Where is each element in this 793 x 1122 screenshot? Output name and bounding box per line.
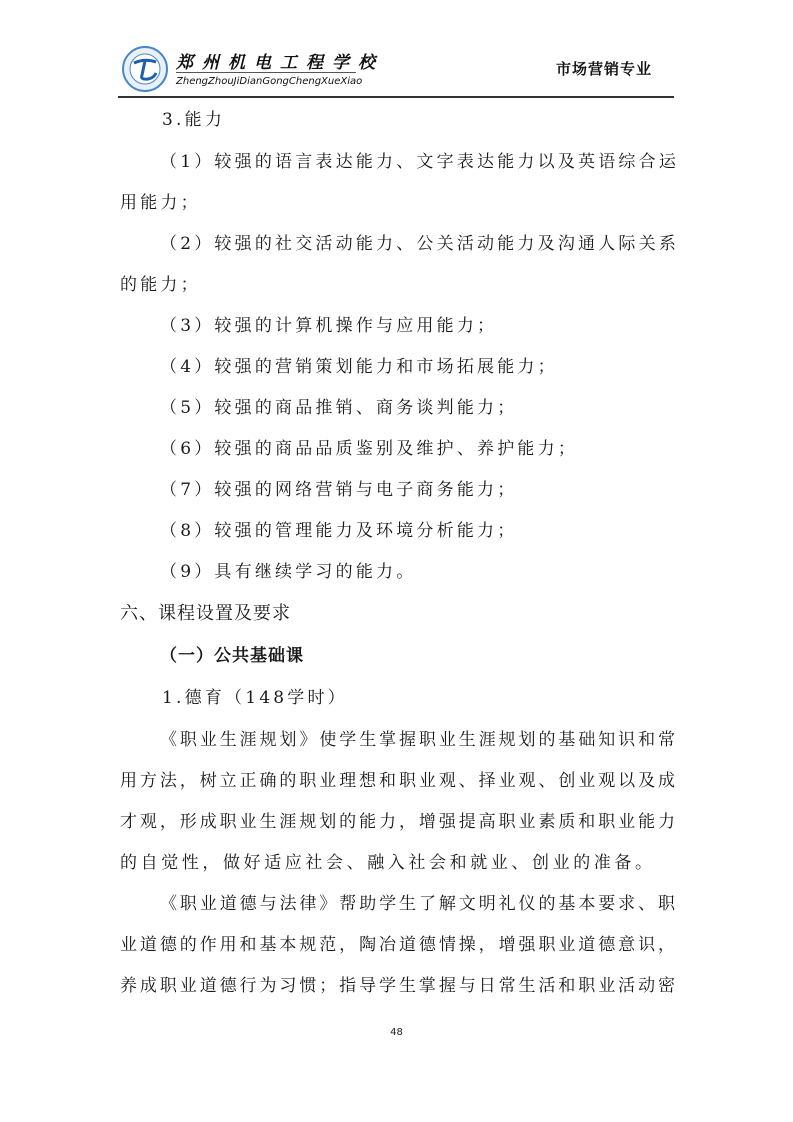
ability-item-2: （2）较强的社交活动能力、公关活动能力及沟通人际关系 [160, 234, 679, 254]
paragraph-2-line-1: 《职业道德与法律》帮助学生了解文明礼仪的基本要求、职 [120, 894, 675, 914]
section-6-heading: 六、课程设置及要求 [120, 604, 291, 624]
ability-item-3: （3）较强的计算机操作与应用能力； [160, 316, 497, 336]
paragraph-1-line-4: 的自觉性，做好适应社会、融入社会和就业、创业的准备。 [120, 853, 656, 873]
subsection-1-heading: （一）公共基础课 [160, 646, 304, 666]
ability-item-1: （1）较强的语言表达能力、文字表达能力以及英语综合运 [160, 152, 679, 172]
ability-item-8: （8）较强的管理能力及环境分析能力； [160, 521, 517, 541]
header-rule [118, 96, 674, 98]
section-ability-title: 3.能力 [162, 110, 225, 130]
ability-item-4: （4）较强的营销策划能力和市场拓展能力； [160, 357, 558, 377]
paragraph-2-line-2: 业道德的作用和基本规范，陶冶道德情操，增强职业道德意识， [120, 935, 675, 955]
major-title: 市场营销专业 [556, 58, 652, 79]
ability-item-5: （5）较强的商品推销、商务谈判能力； [160, 398, 517, 418]
school-name-en: ZhengZhouJiDianGongChengXueXiao [176, 76, 362, 87]
ability-item-2-cont: 的能力； [120, 275, 201, 295]
page-number: 48 [0, 1027, 793, 1038]
ability-item-7: （7）较强的网络营销与电子商务能力； [160, 480, 517, 500]
ability-item-6: （6）较强的商品品质鉴别及维护、养护能力； [160, 439, 578, 459]
paragraph-2-line-3: 养成职业道德行为习惯；指导学生掌握与日常生活和职业活动密 [120, 976, 675, 996]
page-header: 郑州机电工程学校 ZhengZhouJiDianGongChengXueXiao… [118, 40, 674, 98]
course-1-title: 1.德育（148学时） [162, 688, 348, 708]
school-name-divider [176, 72, 356, 73]
paragraph-1-line-2: 用方法，树立正确的职业理想和职业观、择业观、创业观以及成 [120, 771, 675, 791]
school-emblem-icon [122, 46, 168, 92]
ability-item-1-cont: 用能力； [120, 193, 201, 213]
ability-item-9: （9）具有继续学习的能力。 [160, 562, 416, 582]
school-name-cn: 郑州机电工程学校 [176, 48, 384, 73]
paragraph-1-line-1: 《职业生涯规划》使学生掌握职业生涯规划的基础知识和常 [120, 730, 675, 750]
paragraph-1-line-3: 才观，形成职业生涯规划的能力，增强提高职业素质和职业能力 [120, 812, 675, 832]
